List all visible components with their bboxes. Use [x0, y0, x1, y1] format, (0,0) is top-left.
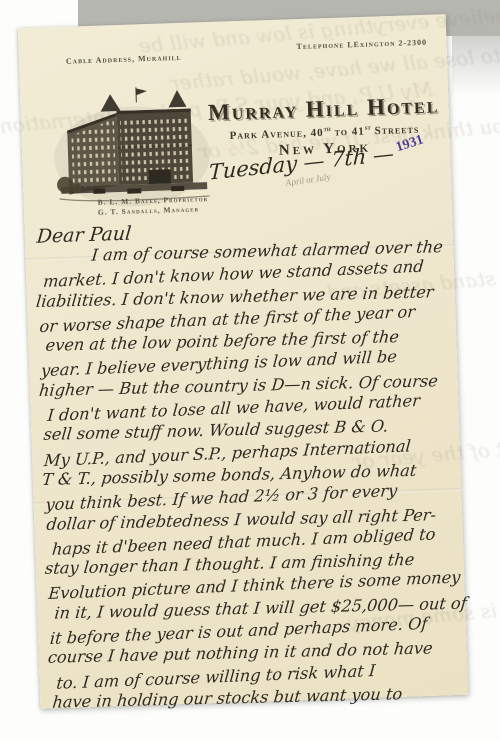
- cable-address-label: Cable Address, Murahill: [66, 53, 182, 66]
- scanner-backdrop-right: [452, 0, 500, 95]
- letter-paper: year. I believe everything is low and wi…: [18, 14, 468, 709]
- hotel-address-part: to 41: [331, 125, 365, 138]
- letter-body: Dear Paul I am of course somewhat alarme…: [36, 212, 460, 715]
- telephone-label: Telephone LExington 2-2300: [296, 38, 427, 51]
- hotel-address-part: Park Avenue, 40: [229, 127, 323, 142]
- staff-block: B. L. M. Bates, Proprietor G. T. Sandall…: [97, 194, 208, 218]
